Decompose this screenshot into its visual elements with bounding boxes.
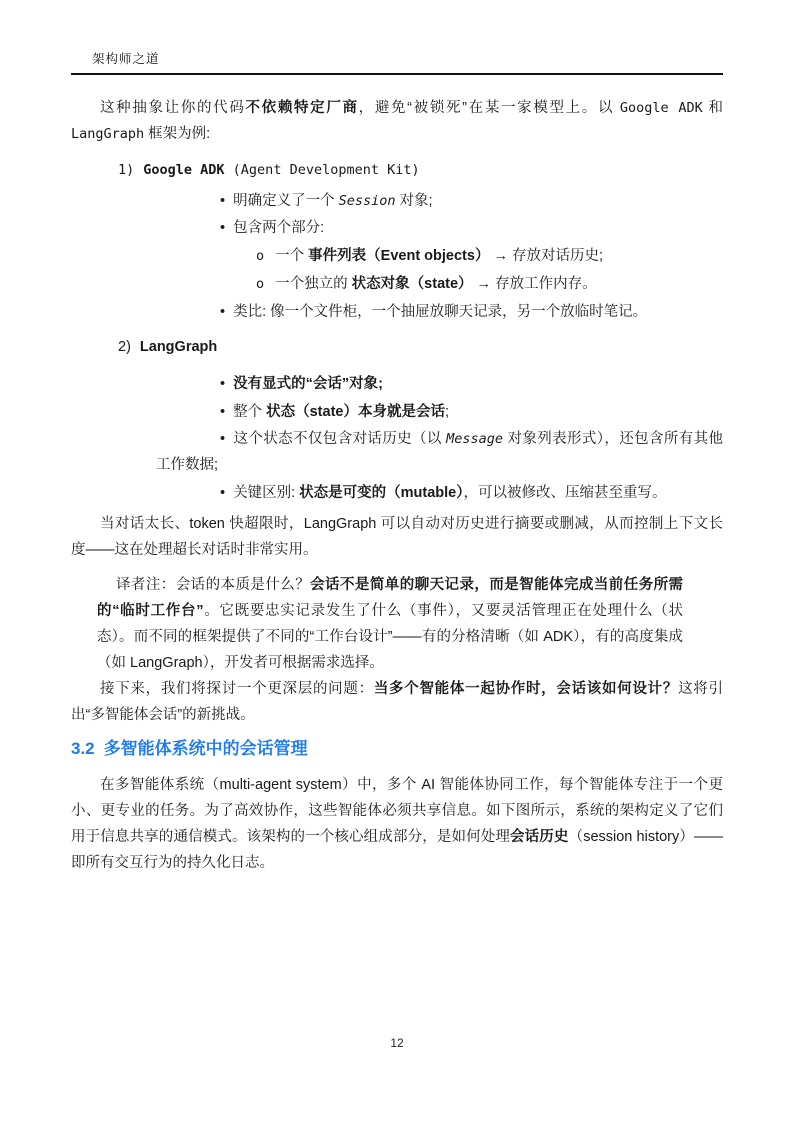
text-run: 一个 — [275, 248, 308, 264]
running-header-title: 架构师之道 — [92, 49, 160, 67]
paragraph-next-question: 接下来，我们将探讨一个更深层的问题：当多个智能体一起协作时，会话该如何设计？这将… — [71, 676, 723, 728]
bullet-no-explicit-session: •没有显式的“会话”对象; — [71, 371, 723, 397]
bold-run: 会话历史 — [510, 829, 569, 845]
text-run: → 存放工作内存。 — [473, 276, 597, 292]
numbered-marker-1: 1) — [118, 162, 134, 178]
text-run: 包含两个部分: — [233, 220, 324, 236]
text-run: ，避免“被锁死”在某一家模型上。以 — [359, 100, 620, 116]
text-run: 一个独立的 — [275, 276, 352, 292]
bold-run: 不依赖特定厂商 — [246, 100, 359, 116]
paragraph-multi-agent-system: 在多智能体系统（multi-agent system）中，多个 AI 智能体协同… — [71, 772, 723, 876]
bold-code-term: Google ADK — [143, 162, 224, 178]
text-run: → 存放对话历史; — [489, 248, 603, 264]
text-run: 译者注：会话的本质是什么？ — [116, 577, 310, 593]
text-run: 关键区别: — [233, 485, 299, 501]
bullet-marker: • — [220, 220, 225, 236]
bullet-two-parts: •包含两个部分: — [71, 215, 723, 241]
bullet-key-difference: •关键区别: 状态是可变的（mutable），可以被修改、压缩甚至重写。 — [71, 480, 723, 506]
italic-code-term: Session — [339, 193, 396, 209]
paragraph-token-limit: 当对话太长、token 快超限时，LangGraph 可以自动对历史进行摘要或删… — [71, 511, 723, 563]
text-run: 接下来，我们将探讨一个更深层的问题： — [100, 681, 374, 697]
bold-run: LangGraph — [140, 339, 217, 355]
bullet-marker: • — [220, 431, 225, 447]
numbered-item-google-adk: 1)Google ADK (Agent Development Kit) — [71, 157, 723, 183]
bullet-marker: • — [220, 404, 225, 420]
bold-run: 状态（state）本身就是会话 — [266, 404, 445, 420]
circle-marker: o — [256, 276, 264, 292]
text-run: 这种抽象让你的代码 — [100, 100, 246, 116]
bold-run: 事件列表（Event objects） — [308, 248, 489, 264]
sub-bullet-state-object: o一个独立的 状态对象（state） → 存放工作内存。 — [71, 271, 723, 297]
text-run: ，可以被修改、压缩甚至重写。 — [463, 485, 666, 501]
bullet-session-object: •明确定义了一个 Session 对象; — [71, 188, 723, 214]
text-run: 这个状态不仅包含对话历史（以 — [233, 431, 446, 447]
bullet-state-is-session: •整个 状态（state）本身就是会话; — [71, 399, 723, 425]
text-run: 明确定义了一个 — [233, 193, 339, 209]
section-title: 多智能体系统中的会话管理 — [104, 739, 308, 758]
bold-run: 状态对象（state） — [352, 276, 473, 292]
numbered-item-langgraph: 2)LangGraph — [71, 334, 723, 360]
section-number: 3.2 — [71, 739, 95, 758]
bold-run: 状态是可变的（mutable） — [299, 485, 463, 501]
page-content: 这种抽象让你的代码不依赖特定厂商，避免“被锁死”在某一家模型上。以 Google… — [71, 88, 723, 876]
bullet-state-contents: •这个状态不仅包含对话历史（以 Message 对象列表形式），还包含所有其他工… — [71, 426, 723, 478]
circle-marker: o — [256, 248, 264, 264]
italic-code-term: Message — [446, 431, 503, 447]
numbered-marker-2: 2) — [118, 339, 131, 355]
text-run: 对象; — [396, 193, 433, 209]
bullet-marker: • — [220, 485, 225, 501]
code-term: (Agent Development Kit) — [225, 162, 420, 178]
bullet-marker: • — [220, 304, 225, 320]
bullet-marker: • — [220, 376, 225, 392]
sub-bullet-event-objects: o一个 事件列表（Event objects） → 存放对话历史; — [71, 243, 723, 269]
text-run: 当对话太长、token 快超限时，LangGraph 可以自动对历史进行摘要或删… — [71, 516, 723, 558]
code-term: LangGraph — [71, 126, 144, 142]
code-term: Google ADK — [620, 100, 703, 116]
text-run: 类比: 像一个文件柜，一个抽屉放聊天记录，另一个放临时笔记。 — [233, 304, 647, 320]
text-run: 框架为例: — [144, 126, 210, 142]
bullet-analogy: •类比: 像一个文件柜，一个抽屉放聊天记录，另一个放临时笔记。 — [71, 299, 723, 325]
bold-run: 没有显式的“会话”对象; — [233, 376, 383, 392]
page-number: 12 — [0, 1036, 794, 1050]
text-run: 和 — [703, 100, 723, 116]
text-run: 整个 — [233, 404, 266, 420]
paragraph-abstraction-intro: 这种抽象让你的代码不依赖特定厂商，避免“被锁死”在某一家模型上。以 Google… — [71, 95, 723, 147]
bullet-marker: • — [220, 193, 225, 209]
section-heading-3-2: 3.2多智能体系统中的会话管理 — [71, 734, 723, 764]
bold-run: 当多个智能体一起协作时，会话该如何设计？ — [374, 681, 678, 697]
document-page: 架构师之道 这种抽象让你的代码不依赖特定厂商，避免“被锁死”在某一家模型上。以 … — [0, 0, 794, 1123]
text-run: ; — [445, 404, 449, 420]
header-rule — [71, 73, 723, 75]
translator-note: 译者注：会话的本质是什么？会话不是简单的聊天记录，而是智能体完成当前任务所需的“… — [71, 572, 723, 676]
